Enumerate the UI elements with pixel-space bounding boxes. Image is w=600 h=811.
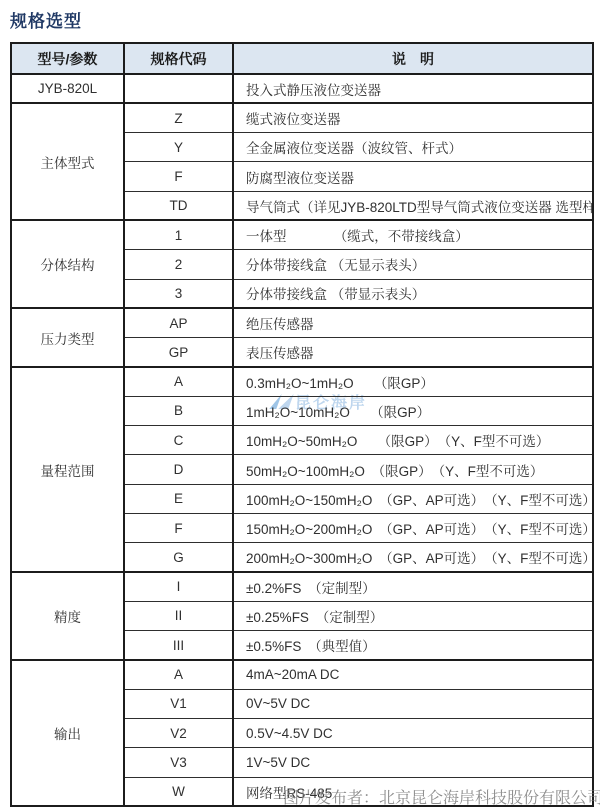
- group-label: 输出: [11, 660, 124, 806]
- desc-cell: 缆式液位变送器: [233, 103, 593, 132]
- code-cell: III: [124, 631, 233, 660]
- table-row: 分体结构 1 一体型 （缆式，不带接线盒）: [11, 220, 593, 249]
- group-label: 分体结构: [11, 220, 124, 308]
- desc-cell: 全金属液位变送器（波纹管、杆式）: [233, 133, 593, 162]
- group-label: 精度: [11, 572, 124, 660]
- desc-cell: ±0.2%FS （定制型）: [233, 572, 593, 601]
- desc-cell: 150mH₂O~200mH₂O （GP、AP可选） （Y、F型不可选）: [233, 513, 593, 542]
- code-cell: W: [124, 777, 233, 806]
- group-main-body-type: 主体型式 Z 缆式液位变送器 Y 全金属液位变送器（波纹管、杆式） F 防腐型液…: [11, 103, 593, 220]
- desc-cell: 0.5V~4.5V DC: [233, 719, 593, 748]
- desc-cell: 0V~5V DC: [233, 689, 593, 718]
- table-row: 量程范围 A 0.3mH₂O~1mH₂O （限GP）: [11, 367, 593, 396]
- desc-cell: 表压传感器: [233, 338, 593, 367]
- code-cell: AP: [124, 308, 233, 337]
- desc-cell: 200mH₂O~300mH₂O （GP、AP可选） （Y、F型不可选）: [233, 543, 593, 572]
- desc-cell: 网络型RS-485: [233, 777, 593, 806]
- code-cell: E: [124, 484, 233, 513]
- code-cell: Y: [124, 133, 233, 162]
- header-row: 型号/参数 规格代码 说 明: [11, 43, 593, 74]
- table-row: 输出 A 4mA~20mA DC: [11, 660, 593, 689]
- group-pressure-type: 压力类型 AP 绝压传感器 GP 表压传感器: [11, 308, 593, 367]
- desc-cell: 绝压传感器: [233, 308, 593, 337]
- desc-cell: 1V~5V DC: [233, 748, 593, 777]
- code-cell: G: [124, 543, 233, 572]
- code-cell: V2: [124, 719, 233, 748]
- desc-cell: 100mH₂O~150mH₂O （GP、AP可选） （Y、F型不可选）: [233, 484, 593, 513]
- code-cell: B: [124, 396, 233, 425]
- table-row: 压力类型 AP 绝压传感器: [11, 308, 593, 337]
- desc-cell: 分体带接线盒 （无显示表头）: [233, 250, 593, 279]
- code-cell: A: [124, 660, 233, 689]
- code-cell: 3: [124, 279, 233, 308]
- desc-cell: 一体型 （缆式，不带接线盒）: [233, 220, 593, 249]
- page: 规格选型 昆仑海岸 型号/参数 规格代码 说 明 JYB-820L 投入式静压液…: [0, 0, 600, 811]
- code-cell: V1: [124, 689, 233, 718]
- desc-cell: 0.3mH₂O~1mH₂O （限GP）: [233, 367, 593, 396]
- code-cell: F: [124, 162, 233, 191]
- code-cell: Z: [124, 103, 233, 132]
- table-row: 精度 I ±0.2%FS （定制型）: [11, 572, 593, 601]
- code-cell: A: [124, 367, 233, 396]
- code-cell: 1: [124, 220, 233, 249]
- group-label: 主体型式: [11, 103, 124, 220]
- group-range: 量程范围 A 0.3mH₂O~1mH₂O （限GP） B 1mH₂O~10mH₂…: [11, 367, 593, 572]
- code-cell: GP: [124, 338, 233, 367]
- code-cell: TD: [124, 191, 233, 220]
- desc-cell: 防腐型液位变送器: [233, 162, 593, 191]
- group-label: JYB-820L: [11, 74, 124, 103]
- group-split-structure: 分体结构 1 一体型 （缆式，不带接线盒） 2 分体带接线盒 （无显示表头） 3…: [11, 220, 593, 308]
- code-cell: [124, 74, 233, 103]
- group-accuracy: 精度 I ±0.2%FS （定制型） II ±0.25%FS （定制型） III…: [11, 572, 593, 660]
- code-cell: F: [124, 513, 233, 542]
- group-label: 压力类型: [11, 308, 124, 367]
- desc-cell: 投入式静压液位变送器: [233, 74, 593, 103]
- code-cell: II: [124, 601, 233, 630]
- spec-selection-table: 型号/参数 规格代码 说 明 JYB-820L 投入式静压液位变送器 主体型式 …: [10, 42, 594, 807]
- desc-cell: 10mH₂O~50mH₂O （限GP） （Y、F型不可选）: [233, 426, 593, 455]
- group-model: JYB-820L 投入式静压液位变送器: [11, 74, 593, 103]
- group-output: 输出 A 4mA~20mA DC V1 0V~5V DC V2 0.5V~4.5…: [11, 660, 593, 806]
- header-model-param: 型号/参数: [11, 43, 124, 74]
- header-description: 说 明: [233, 43, 593, 74]
- table-header: 型号/参数 规格代码 说 明: [11, 43, 593, 74]
- code-cell: V3: [124, 748, 233, 777]
- code-cell: D: [124, 455, 233, 484]
- desc-cell: 50mH₂O~100mH₂O （限GP） （Y、F型不可选）: [233, 455, 593, 484]
- group-label: 量程范围: [11, 367, 124, 572]
- code-cell: I: [124, 572, 233, 601]
- code-cell: C: [124, 426, 233, 455]
- table-row: 主体型式 Z 缆式液位变送器: [11, 103, 593, 132]
- desc-cell: ±0.25%FS （定制型）: [233, 601, 593, 630]
- header-spec-code: 规格代码: [124, 43, 233, 74]
- page-title: 规格选型: [10, 7, 82, 32]
- desc-cell: ±0.5%FS （典型值）: [233, 631, 593, 660]
- desc-cell: 导气筒式（详见JYB-820LTD型导气筒式液位变送器 选型样本）: [233, 191, 593, 220]
- desc-cell: 4mA~20mA DC: [233, 660, 593, 689]
- desc-cell: 1mH₂O~10mH₂O （限GP）: [233, 396, 593, 425]
- table-row: JYB-820L 投入式静压液位变送器: [11, 74, 593, 103]
- code-cell: 2: [124, 250, 233, 279]
- desc-cell: 分体带接线盒 （带显示表头）: [233, 279, 593, 308]
